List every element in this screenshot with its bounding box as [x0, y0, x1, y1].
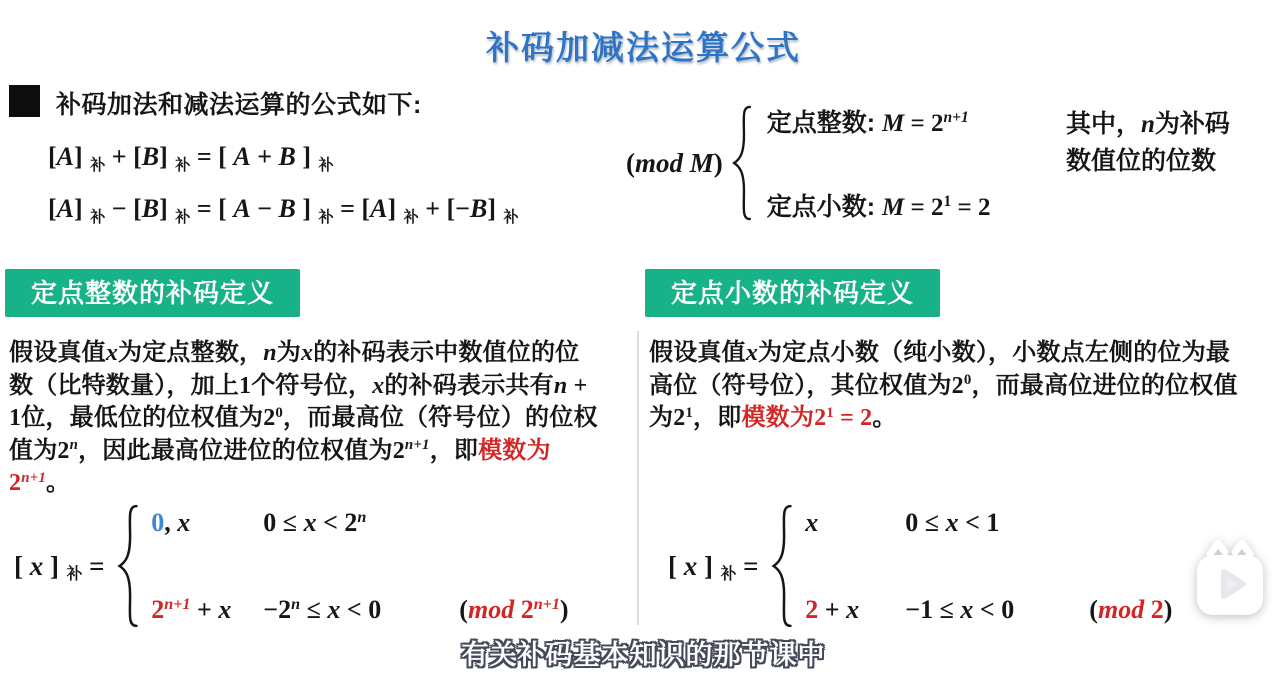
piecewise-mod: (mod 2): [1089, 594, 1172, 625]
piecewise-mod: (mod 2n+1): [459, 594, 568, 625]
piecewise-expression: 2 + x: [805, 594, 905, 625]
piecewise-condition: 0 ≤ x < 1: [905, 507, 1083, 538]
piecewise-condition: −1 ≤ x < 0: [905, 594, 1083, 625]
slide-title: 补码加减法运算公式: [0, 22, 1287, 69]
modulus-note-line2: 数值位的位数: [1066, 143, 1230, 180]
piecewise-expression: 2n+1 + x: [151, 594, 263, 625]
section-bullet-square: [9, 85, 40, 117]
piecewise-rows: 0, x 0 ≤ x < 2n 2n+1 + x −2n ≤ x < 0 (mo…: [151, 507, 568, 625]
video-subtitle: 有关补码基本知识的那节课中: [0, 633, 1287, 672]
piecewise-row: 2n+1 + x −2n ≤ x < 0 (mod 2n+1): [151, 594, 568, 625]
piecewise-condition: −2n ≤ x < 0: [263, 594, 453, 625]
complement-addition-formula: [A] 补 + [B] 补 = [ A + B ] 补: [48, 141, 334, 172]
mod-m-label: (mod M): [626, 148, 723, 179]
curly-brace-icon: [729, 104, 755, 222]
modulus-block: (mod M) 定点整数: M = 2n+1 定点小数: M = 21 = 2: [626, 103, 991, 223]
piecewise-condition: 0 ≤ x < 2n: [263, 507, 453, 538]
complement-subtraction-formula: [A] 补 − [B] 补 = [ A − B ] 补 = [A] 补 + [−…: [48, 193, 519, 224]
piecewise-row: 2 + x −1 ≤ x < 0 (mod 2): [805, 594, 1172, 625]
modulus-case-integer: 定点整数: M = 2n+1: [767, 103, 991, 139]
curly-brace-icon: [115, 503, 141, 629]
fraction-piecewise-definition: [ x ] 补 = x 0 ≤ x < 1 2 + x −1 ≤ x < 0 (…: [668, 503, 1172, 629]
modulus-note-line1: 其中，n为补码: [1066, 106, 1230, 143]
fraction-panel-body: 假设真值x为定点小数（纯小数），小数点左侧的位为最高位（符号位），其位权值为20…: [649, 337, 1241, 435]
integer-panel-header: 定点整数的补码定义: [5, 269, 300, 317]
piecewise-row: x 0 ≤ x < 1: [805, 507, 1172, 538]
piecewise-lhs: [ x ] 补 =: [14, 551, 111, 582]
integer-panel-body: 假设真值x为定点整数，n为x的补码表示中数值位的位数（比特数量），加上1个符号位…: [9, 337, 601, 500]
modulus-cases: 定点整数: M = 2n+1 定点小数: M = 21 = 2: [767, 103, 991, 223]
modulus-note: 其中，n为补码 数值位的位数: [1066, 106, 1230, 180]
piecewise-lhs: [ x ] 补 =: [668, 551, 765, 582]
section-heading: 补码加法和减法运算的公式如下:: [56, 85, 422, 121]
column-divider: [637, 331, 639, 625]
piecewise-rows: x 0 ≤ x < 1 2 + x −1 ≤ x < 0 (mod 2): [805, 507, 1172, 625]
fraction-panel-header: 定点小数的补码定义: [645, 269, 940, 317]
lecture-slide: 补码加减法运算公式 补码加法和减法运算的公式如下: [A] 补 + [B] 补 …: [0, 0, 1287, 675]
curly-brace-icon: [769, 503, 795, 629]
video-play-icon[interactable]: [1192, 538, 1268, 622]
piecewise-row: 0, x 0 ≤ x < 2n: [151, 507, 568, 538]
modulus-case-fraction: 定点小数: M = 21 = 2: [767, 187, 991, 223]
integer-piecewise-definition: [ x ] 补 = 0, x 0 ≤ x < 2n 2n+1 + x −2n ≤…: [14, 503, 569, 629]
piecewise-expression: 0, x: [151, 507, 263, 538]
piecewise-expression: x: [805, 507, 905, 538]
